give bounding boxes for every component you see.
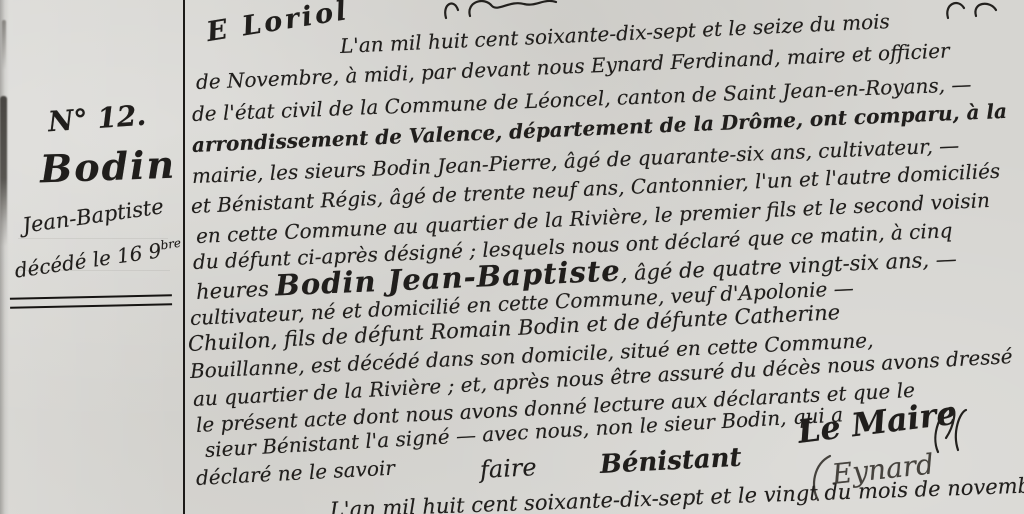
- act-number: N° 12.: [47, 99, 147, 139]
- margin-column: N° 12. Bodin Jean-Baptiste décédé le 16 …: [0, 0, 183, 514]
- cutoff-signature-flourish-top-center: [440, 0, 560, 22]
- cutoff-signature-flourish-top-right: [940, 0, 1000, 22]
- civil-register-death-act-page: N° 12. Bodin Jean-Baptiste décédé le 16 …: [0, 0, 1024, 514]
- act-closing-faire: faire: [479, 453, 537, 484]
- faint-rule-line: [18, 238, 168, 239]
- margin-separator-line: [183, 0, 185, 514]
- margin-divider-rule: [10, 294, 172, 308]
- mayor-paraph-flourish: [928, 404, 968, 456]
- death-date-note-text: décédé le 16 9: [13, 238, 163, 282]
- next-act-first-line: L'an mil huit cent soixante-dix-sept et …: [330, 473, 1024, 514]
- deceased-surname: Bodin: [39, 142, 177, 192]
- witness-signature: Bénistant: [599, 443, 742, 480]
- death-date-note-superscript: bre: [160, 236, 182, 253]
- death-date-note: décédé le 16 9bre: [13, 235, 183, 282]
- verification-signature: E Loriol: [204, 0, 351, 48]
- deceased-given-names: Jean-Baptiste: [21, 194, 165, 238]
- deceased-line-prefix: heures: [196, 277, 276, 304]
